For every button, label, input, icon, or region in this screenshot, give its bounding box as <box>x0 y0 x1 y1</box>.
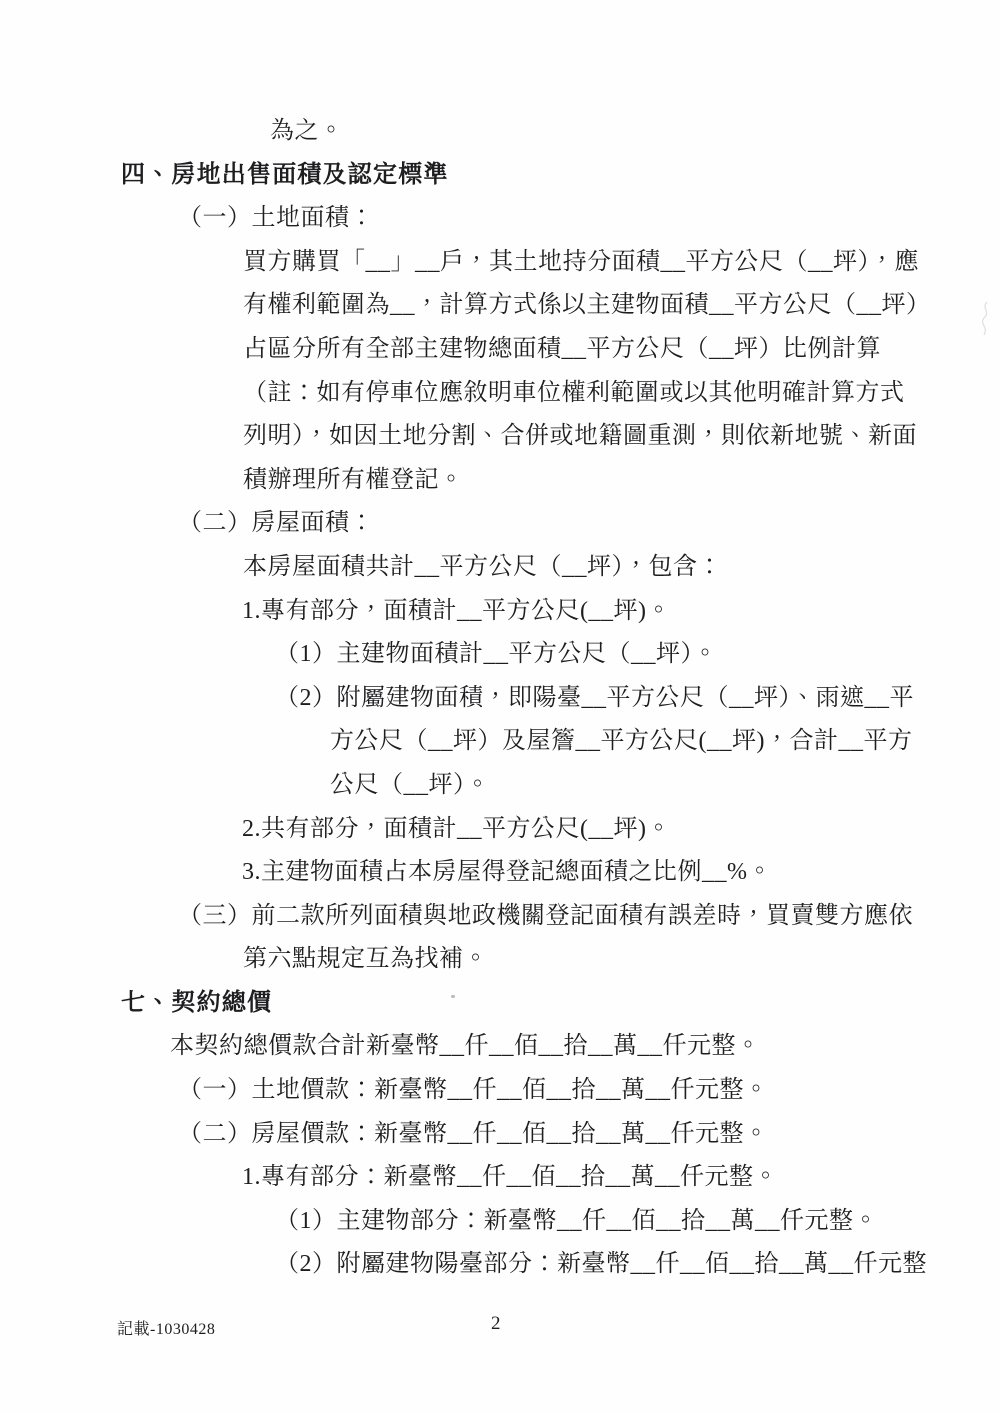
sub-item: （1）主建物部分：新臺幣__仟__佰__拾__萬__仟元整。 <box>0 1200 1000 1244</box>
text-line: （註：如有停車位應敘明車位權利範圍或以其他明確計算方式 <box>0 372 1000 416</box>
document-body: 為之。 四、房地出售面積及認定標準 （一）土地面積： 買方購買「__」__戶，其… <box>0 0 1000 1287</box>
clause-heading: （二）房屋價款：新臺幣__仟__佰__拾__萬__仟元整。 <box>0 1113 1000 1157</box>
sub-item: （1）主建物面積計__平方公尺（__坪）。 <box>0 633 1000 677</box>
section-heading: 七、契約總價 <box>0 982 1000 1026</box>
text-line: 公尺（__坪）。 <box>0 764 1000 808</box>
sub-item: （2）附屬建物陽臺部分：新臺幣__仟__佰__拾__萬__仟元整 <box>0 1243 1000 1287</box>
clause-heading: （一）土地價款：新臺幣__仟__佰__拾__萬__仟元整。 <box>0 1069 1000 1113</box>
clause-heading: （二）房屋面積： <box>0 502 1000 546</box>
numbered-item: 2.共有部分，面積計__平方公尺(__坪)。 <box>0 808 1000 852</box>
scan-speck <box>451 995 455 998</box>
text-line: 第六點規定互為找補。 <box>0 938 1000 982</box>
text-line: 為之。 <box>0 110 1000 154</box>
text-line: 本房屋面積共計__平方公尺（__坪），包含： <box>0 546 1000 590</box>
text-line: 買方購買「__」__戶，其土地持分面積__平方公尺（__坪），應 <box>0 241 1000 285</box>
contract-page: 為之。 四、房地出售面積及認定標準 （一）土地面積： 買方購買「__」__戶，其… <box>0 0 1000 1414</box>
text-line: 有權利範圍為__，計算方式係以主建物面積__平方公尺（__坪） <box>0 284 1000 328</box>
numbered-item: 1.專有部分：新臺幣__仟__佰__拾__萬__仟元整。 <box>0 1156 1000 1200</box>
text-line: 方公尺（__坪）及屋簷__平方公尺(__坪)，合計__平方 <box>0 720 1000 764</box>
numbered-item: 1.專有部分，面積計__平方公尺(__坪)。 <box>0 590 1000 634</box>
page-number: 2 <box>491 1313 501 1335</box>
text-line: 占區分所有全部主建物總面積__平方公尺（__坪）比例計算 <box>0 328 1000 372</box>
footer-doc-code: 記載-1030428 <box>117 1316 215 1339</box>
text-line: 積辦理所有權登記。 <box>0 459 1000 503</box>
text-line: 本契約總價款合計新臺幣__仟__佰__拾__萬__仟元整。 <box>0 1025 1000 1069</box>
sub-item: （2）附屬建物面積，即陽臺__平方公尺（__坪）、雨遮__平 <box>0 677 1000 721</box>
numbered-item: 3.主建物面積占本房屋得登記總面積之比例__%。 <box>0 851 1000 895</box>
clause-heading: （三）前二款所列面積與地政機關登記面積有誤差時，買賣雙方應依 <box>0 895 1000 939</box>
text-line: 列明），如因土地分割、合併或地籍圖重測，則依新地號、新面 <box>0 415 1000 459</box>
clause-heading: （一）土地面積： <box>0 197 1000 241</box>
section-heading: 四、房地出售面積及認定標準 <box>0 154 1000 198</box>
scan-artifact-squiggle <box>977 302 991 336</box>
